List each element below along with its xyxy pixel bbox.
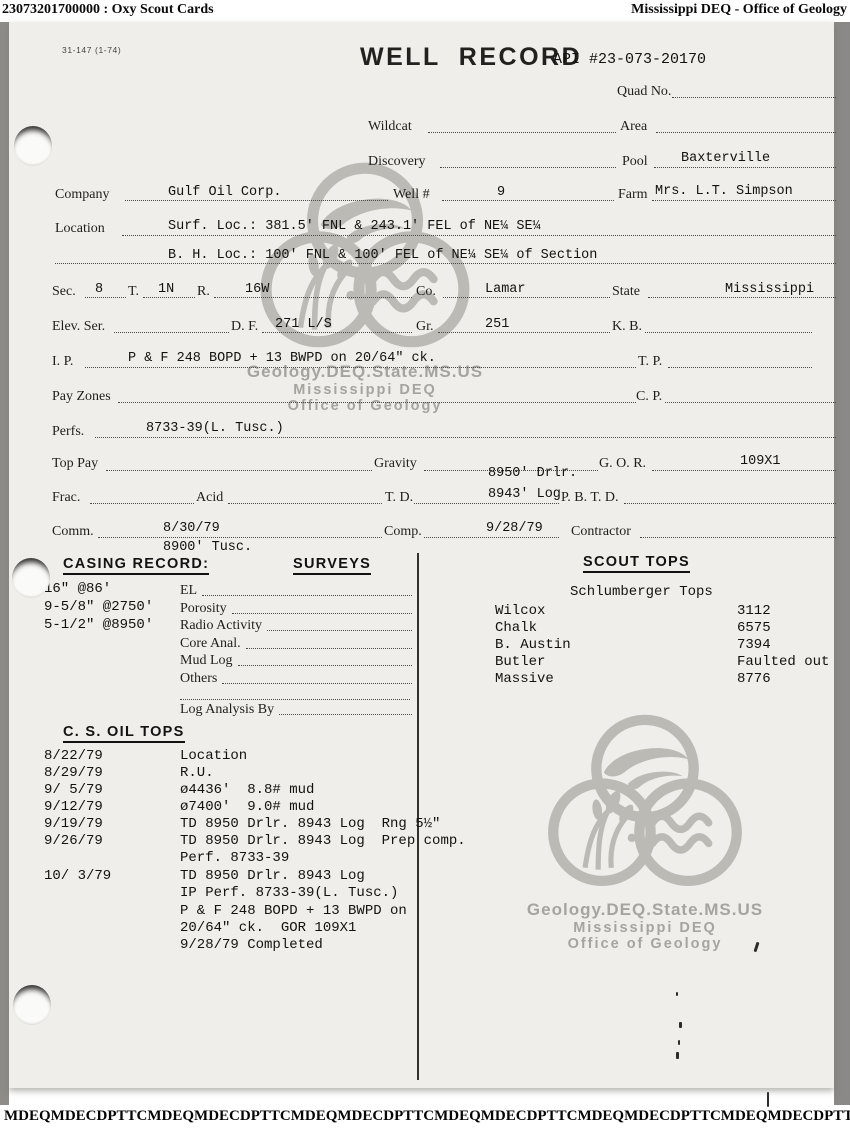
pool-label: Pool xyxy=(622,154,648,170)
oil-top-line: Location xyxy=(180,748,247,764)
scout-top-depth: 6575 xyxy=(737,620,771,636)
scout-tops-heading: SCOUT TOPS xyxy=(583,554,690,573)
dotted-line xyxy=(232,613,412,614)
dotted-line xyxy=(90,503,194,504)
range-value: 16W xyxy=(245,282,269,297)
watermark-url-text: Geology.DEQ.State.MS.US xyxy=(527,900,763,920)
oil-top-line: Perf. 8733-39 xyxy=(180,850,289,866)
perfs-value: 8733-39(L. Tusc.) xyxy=(146,421,284,436)
survey-row: Radio Activity xyxy=(180,617,412,634)
oil-top-line: 20/64" ck. GOR 109X1 xyxy=(180,920,356,936)
footer-item: PTTC xyxy=(251,1108,291,1125)
scout-top-depth: 3112 xyxy=(737,603,771,619)
scout-tops-subheading: Schlumberger Tops xyxy=(570,584,713,600)
dotted-line xyxy=(279,714,412,715)
df-label: D. F. xyxy=(231,319,258,335)
county-label: Co. xyxy=(416,284,436,300)
pool-value: Baxterville xyxy=(681,151,770,166)
dotted-line xyxy=(114,332,229,333)
survey-label: Porosity xyxy=(180,601,227,617)
dotted-line xyxy=(238,665,413,666)
ink-speck xyxy=(676,992,678,996)
footer-item: MDEQ xyxy=(577,1108,624,1125)
oil-top-line: TD 8950 Drlr. 8943 Log Rng 5½" xyxy=(180,816,440,832)
oil-top-line: P & F 248 BOPD + 13 BWPD on xyxy=(180,903,407,919)
ink-speck xyxy=(767,1092,769,1107)
ink-speck xyxy=(679,1022,682,1028)
dotted-line xyxy=(652,470,836,471)
dotted-line xyxy=(95,437,836,438)
scout-top-depth: 7394 xyxy=(737,637,771,653)
scan-edge-right xyxy=(834,22,850,1105)
scout-top-name: Massive xyxy=(495,671,554,687)
watermark-org-text: Mississippi DEQ xyxy=(573,920,717,936)
scout-top-name: B. Austin xyxy=(495,637,571,653)
gor-label: G. O. R. xyxy=(599,456,646,472)
dotted-line xyxy=(440,167,616,168)
td-label: T. D. xyxy=(385,490,413,506)
oil-top-date: 9/12/79 xyxy=(44,799,103,815)
pay-zones-label: Pay Zones xyxy=(52,389,111,405)
gr-label: Gr. xyxy=(416,319,434,335)
pbtd-label: P. B. T. D. xyxy=(561,490,618,506)
survey-label: Radio Activity xyxy=(180,618,262,634)
dotted-line xyxy=(428,132,616,133)
dotted-line xyxy=(85,367,636,368)
footer-item: MDEQ xyxy=(147,1108,194,1125)
cp-label: C. P. xyxy=(636,389,662,405)
oil-top-line: TD 8950 Drlr. 8943 Log xyxy=(180,868,365,884)
watermark-office-text: Office of Geology xyxy=(568,936,723,952)
header-right-text: Mississippi DEQ - Office of Geology xyxy=(631,2,847,18)
comp-value: 9/28/79 xyxy=(486,521,543,536)
oil-top-date: 10/ 3/79 xyxy=(44,868,111,884)
ip-label: I. P. xyxy=(52,354,73,370)
casing-item: 9-5/8" @2750' xyxy=(44,599,153,615)
dotted-line xyxy=(648,297,836,298)
footer-item: MDEQ xyxy=(4,1108,51,1125)
elev-ser-label: Elev. Ser. xyxy=(52,319,105,335)
sec-value: 8 xyxy=(95,282,103,297)
scout-top-depth: 8776 xyxy=(737,671,771,687)
dotted-line xyxy=(438,332,610,333)
gr-value: 251 xyxy=(485,317,509,332)
oil-top-date: 9/ 5/79 xyxy=(44,782,103,798)
header-left-text: 23073201700000 : Oxy Scout Cards xyxy=(2,2,214,18)
punch-hole xyxy=(14,126,52,166)
dotted-line xyxy=(262,332,412,333)
dotted-line xyxy=(640,537,836,538)
farm-value: Mrs. L.T. Simpson xyxy=(655,184,793,199)
frac-label: Frac. xyxy=(52,490,80,506)
scout-top-name: Butler xyxy=(495,654,545,670)
oil-top-date: 8/22/79 xyxy=(44,748,103,764)
footer-item: PTTC xyxy=(681,1108,721,1125)
casing-item: 16" @86' xyxy=(44,581,111,597)
dotted-line xyxy=(443,297,610,298)
footer-item: MDECD xyxy=(481,1108,538,1125)
scan-edge-left xyxy=(0,22,9,1105)
log-analysis-by-label: Log Analysis By xyxy=(180,702,274,718)
scout-top-name: Wilcox xyxy=(495,603,545,619)
farm-label: Farm xyxy=(618,187,648,203)
td-driller-value: 8950' Drlr. xyxy=(488,466,577,481)
surveys-heading: SURVEYS xyxy=(293,556,371,575)
gor-value: 109X1 xyxy=(740,454,781,469)
form-number: 31-147 (1-74) xyxy=(62,45,121,55)
survey-row: Mud Log xyxy=(180,652,412,669)
punch-hole xyxy=(12,558,50,598)
township-value: 1N xyxy=(158,282,174,297)
well-no-label: Well # xyxy=(393,187,430,203)
dotted-line xyxy=(668,367,812,368)
dotted-line xyxy=(118,402,636,403)
range-label: R. xyxy=(197,284,210,300)
acid-label: Acid xyxy=(196,490,223,506)
df-value: 271 L/S xyxy=(275,317,332,332)
footer-item: MDECD xyxy=(624,1108,681,1125)
oil-top-line: R.U. xyxy=(180,765,214,781)
footer-item: MDEQ xyxy=(434,1108,481,1125)
dotted-line xyxy=(656,132,836,133)
oil-top-date: 9/19/79 xyxy=(44,816,103,832)
oil-top-line: IP Perf. 8733-39(L. Tusc.) xyxy=(180,885,398,901)
dotted-line xyxy=(125,200,388,201)
dotted-line xyxy=(222,683,412,684)
comp-label: Comp. xyxy=(384,524,422,540)
discovery-label: Discovery xyxy=(368,154,426,170)
footer-item: PTTC xyxy=(537,1108,577,1125)
watermark-office-text: Office of Geology xyxy=(288,398,443,414)
survey-row: Others xyxy=(180,670,412,687)
company-value: Gulf Oil Corp. xyxy=(168,185,281,200)
kb-label: K. B. xyxy=(612,319,642,335)
comm-note: 8900' Tusc. xyxy=(163,540,252,555)
api-number: API #23-073-20170 xyxy=(553,51,706,68)
tp-label: T. P. xyxy=(638,354,662,370)
survey-row: EL xyxy=(180,582,412,599)
oil-top-date: 8/29/79 xyxy=(44,765,103,781)
area-label: Area xyxy=(620,119,647,135)
watermark-org-text: Mississippi DEQ xyxy=(293,382,437,398)
dotted-line xyxy=(98,537,382,538)
contractor-label: Contractor xyxy=(571,524,631,540)
ip-value: P & F 248 BOPD + 13 BWPD on 20/64" ck. xyxy=(128,351,436,366)
footer-strip: MDEQ MDECD PTTC MDEQ MDECD PTTC MDEQ MDE… xyxy=(0,1108,850,1125)
deq-watermark-bottom: Geology.DEQ.State.MS.US Mississippi DEQ … xyxy=(528,714,762,952)
gravity-label: Gravity xyxy=(374,456,417,472)
footer-item: MDECD xyxy=(194,1108,251,1125)
td-log-value: 8943' Log xyxy=(488,487,561,502)
perfs-label: Perfs. xyxy=(52,424,84,440)
footer-item: PTTC xyxy=(107,1108,147,1125)
top-pay-label: Top Pay xyxy=(52,456,98,472)
sec-label: Sec. xyxy=(52,284,76,300)
oil-top-line: ø4436' 8.8# mud xyxy=(180,782,314,798)
survey-label: Core Anal. xyxy=(180,636,241,652)
dotted-line xyxy=(665,402,836,403)
oil-top-line: ø7400' 9.0# mud xyxy=(180,799,314,815)
deq-logo-icon xyxy=(542,714,748,898)
well-no-value: 9 xyxy=(497,185,505,200)
footer-item: MDECD xyxy=(51,1108,108,1125)
oil-top-date: 9/26/79 xyxy=(44,833,103,849)
dotted-line xyxy=(652,200,836,201)
dotted-line xyxy=(672,97,836,98)
casing-item: 5-1/2" @8950' xyxy=(44,617,153,633)
survey-row: Log Analysis By xyxy=(180,701,412,718)
dotted-line xyxy=(202,595,412,596)
survey-label: Others xyxy=(180,671,217,687)
company-label: Company xyxy=(55,187,109,203)
dotted-line xyxy=(645,332,812,333)
dotted-line xyxy=(654,167,836,168)
survey-row: Porosity xyxy=(180,600,412,617)
wildcat-label: Wildcat xyxy=(368,119,412,135)
bottom-hole-location-value: B. H. Loc.: 100' FNL & 100' FEL of NE¼ S… xyxy=(168,248,597,263)
dotted-line xyxy=(122,235,836,236)
footer-item: PTTC xyxy=(824,1108,850,1125)
dotted-line xyxy=(424,537,559,538)
oil-top-line: TD 8950 Drlr. 8943 Log Prep comp. xyxy=(180,833,466,849)
state-value: Mississippi xyxy=(725,282,814,297)
surface-location-value: Surf. Loc.: 381.5' FNL & 243.1' FEL of N… xyxy=(168,219,541,234)
footer-item: MDEQ xyxy=(721,1108,768,1125)
dotted-line xyxy=(246,648,412,649)
punch-hole xyxy=(13,985,51,1025)
dotted-line xyxy=(214,297,412,298)
scout-top-depth: Faulted out xyxy=(737,654,829,670)
ink-speck xyxy=(678,1040,680,1045)
dotted-line xyxy=(624,503,836,504)
state-label: State xyxy=(612,284,640,300)
ink-speck xyxy=(676,1052,679,1059)
dotted-line xyxy=(55,263,836,264)
footer-item: MDECD xyxy=(767,1108,824,1125)
survey-label: Mud Log xyxy=(180,653,233,669)
survey-row: Core Anal. xyxy=(180,635,412,652)
casing-record-heading: CASING RECORD: xyxy=(63,556,209,575)
footer-item: MDEQ xyxy=(291,1108,338,1125)
dotted-line xyxy=(143,297,195,298)
dotted-line xyxy=(228,503,382,504)
oil-top-line: 9/28/79 Completed xyxy=(180,937,323,953)
comm-value: 8/30/79 xyxy=(163,521,220,536)
footer-item: MDECD xyxy=(337,1108,394,1125)
dotted-line xyxy=(85,297,126,298)
oil-tops-heading: C. S. OIL TOPS xyxy=(63,724,185,743)
dotted-line xyxy=(414,503,559,504)
page-title: WELL RECORD xyxy=(360,43,582,72)
dotted-line xyxy=(106,470,372,471)
county-value: Lamar xyxy=(485,282,526,297)
comm-label: Comm. xyxy=(52,524,94,540)
dotted-line xyxy=(267,630,412,631)
dotted-line xyxy=(442,200,614,201)
township-label: T. xyxy=(128,284,139,300)
location-label: Location xyxy=(55,221,105,237)
survey-label: EL xyxy=(180,583,197,599)
scout-top-name: Chalk xyxy=(495,620,537,636)
quad-no-label: Quad No. xyxy=(617,84,671,100)
dotted-line xyxy=(180,699,410,700)
footer-item: PTTC xyxy=(394,1108,434,1125)
